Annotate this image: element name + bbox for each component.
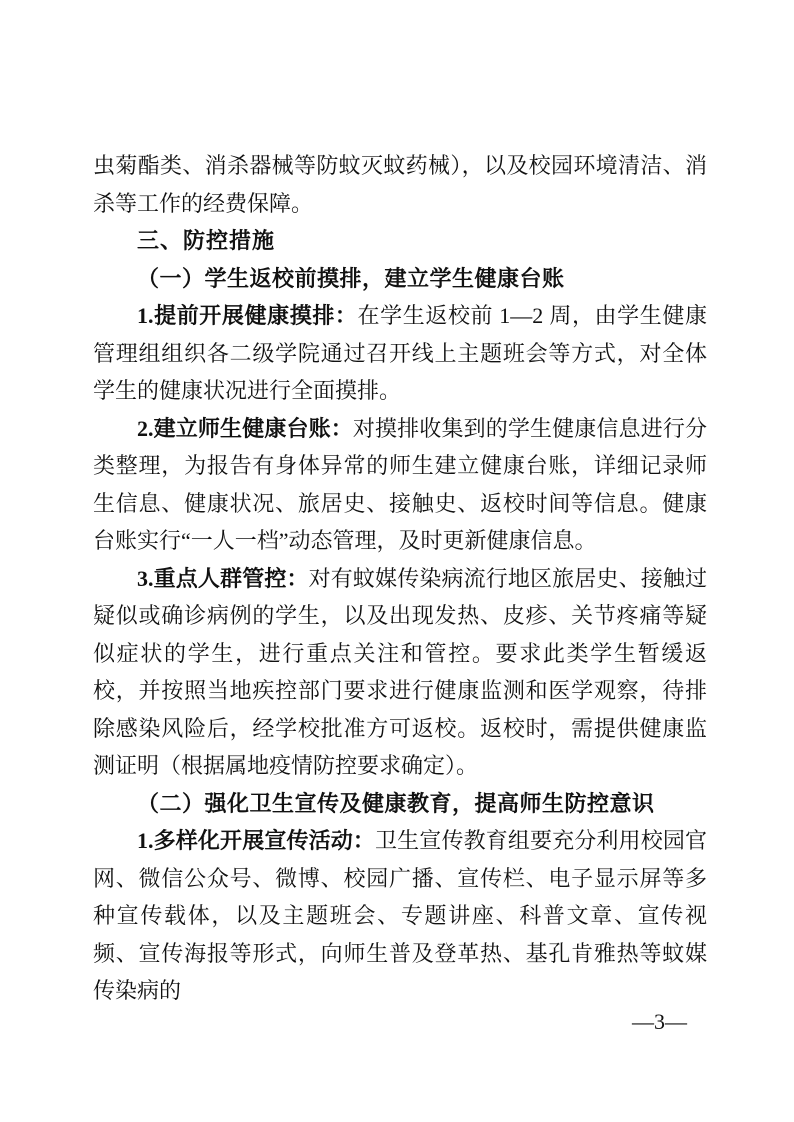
- paragraph-item-2: 2.建立师生健康台账：对摸排收集到的学生健康信息进行分类整理，为报告有身体异常的…: [93, 410, 707, 560]
- subsection-heading-2: （二）强化卫生宣传及健康教育，提高师生防控意识: [93, 785, 707, 823]
- paragraph-item-1: 1.提前开展健康摸排：在学生返校前 1—2 周，由学生健康管理组组织各二级学院通…: [93, 297, 707, 410]
- paragraph-item-4-lead: 1.多样化开展宣传活动：: [137, 828, 375, 853]
- paragraph-item-4-text: 卫生宣传教育组要充分利用校园官网、微信公众号、微博、校园广播、宣传栏、电子显示屏…: [93, 828, 707, 1003]
- paragraph-item-2-lead: 2.建立师生健康台账：: [137, 416, 353, 441]
- paragraph-item-1-lead: 1.提前开展健康摸排：: [137, 303, 358, 328]
- document-page: 虫菊酯类、消杀器械等防蚊灭蚊药械），以及校园环境清洁、消杀等工作的经费保障。 三…: [0, 0, 794, 1122]
- section-heading-3: 三、防控措施: [93, 222, 707, 260]
- document-body: 虫菊酯类、消杀器械等防蚊灭蚊药械），以及校园环境清洁、消杀等工作的经费保障。 三…: [93, 147, 707, 1010]
- subsection-heading-1: （一）学生返校前摸排，建立学生健康台账: [93, 260, 707, 298]
- paragraph-continuation: 虫菊酯类、消杀器械等防蚊灭蚊药械），以及校园环境清洁、消杀等工作的经费保障。: [93, 147, 707, 222]
- paragraph-item-3-lead: 3.重点人群管控：: [137, 566, 309, 591]
- paragraph-item-4: 1.多样化开展宣传活动：卫生宣传教育组要充分利用校园官网、微信公众号、微博、校园…: [93, 822, 707, 1010]
- paragraph-item-3-text: 对有蚊媒传染病流行地区旅居史、接触过疑似或确诊病例的学生，以及出现发热、皮疹、关…: [93, 566, 707, 779]
- page-number: —3—: [632, 1009, 687, 1035]
- paragraph-item-3: 3.重点人群管控：对有蚊媒传染病流行地区旅居史、接触过疑似或确诊病例的学生，以及…: [93, 560, 707, 785]
